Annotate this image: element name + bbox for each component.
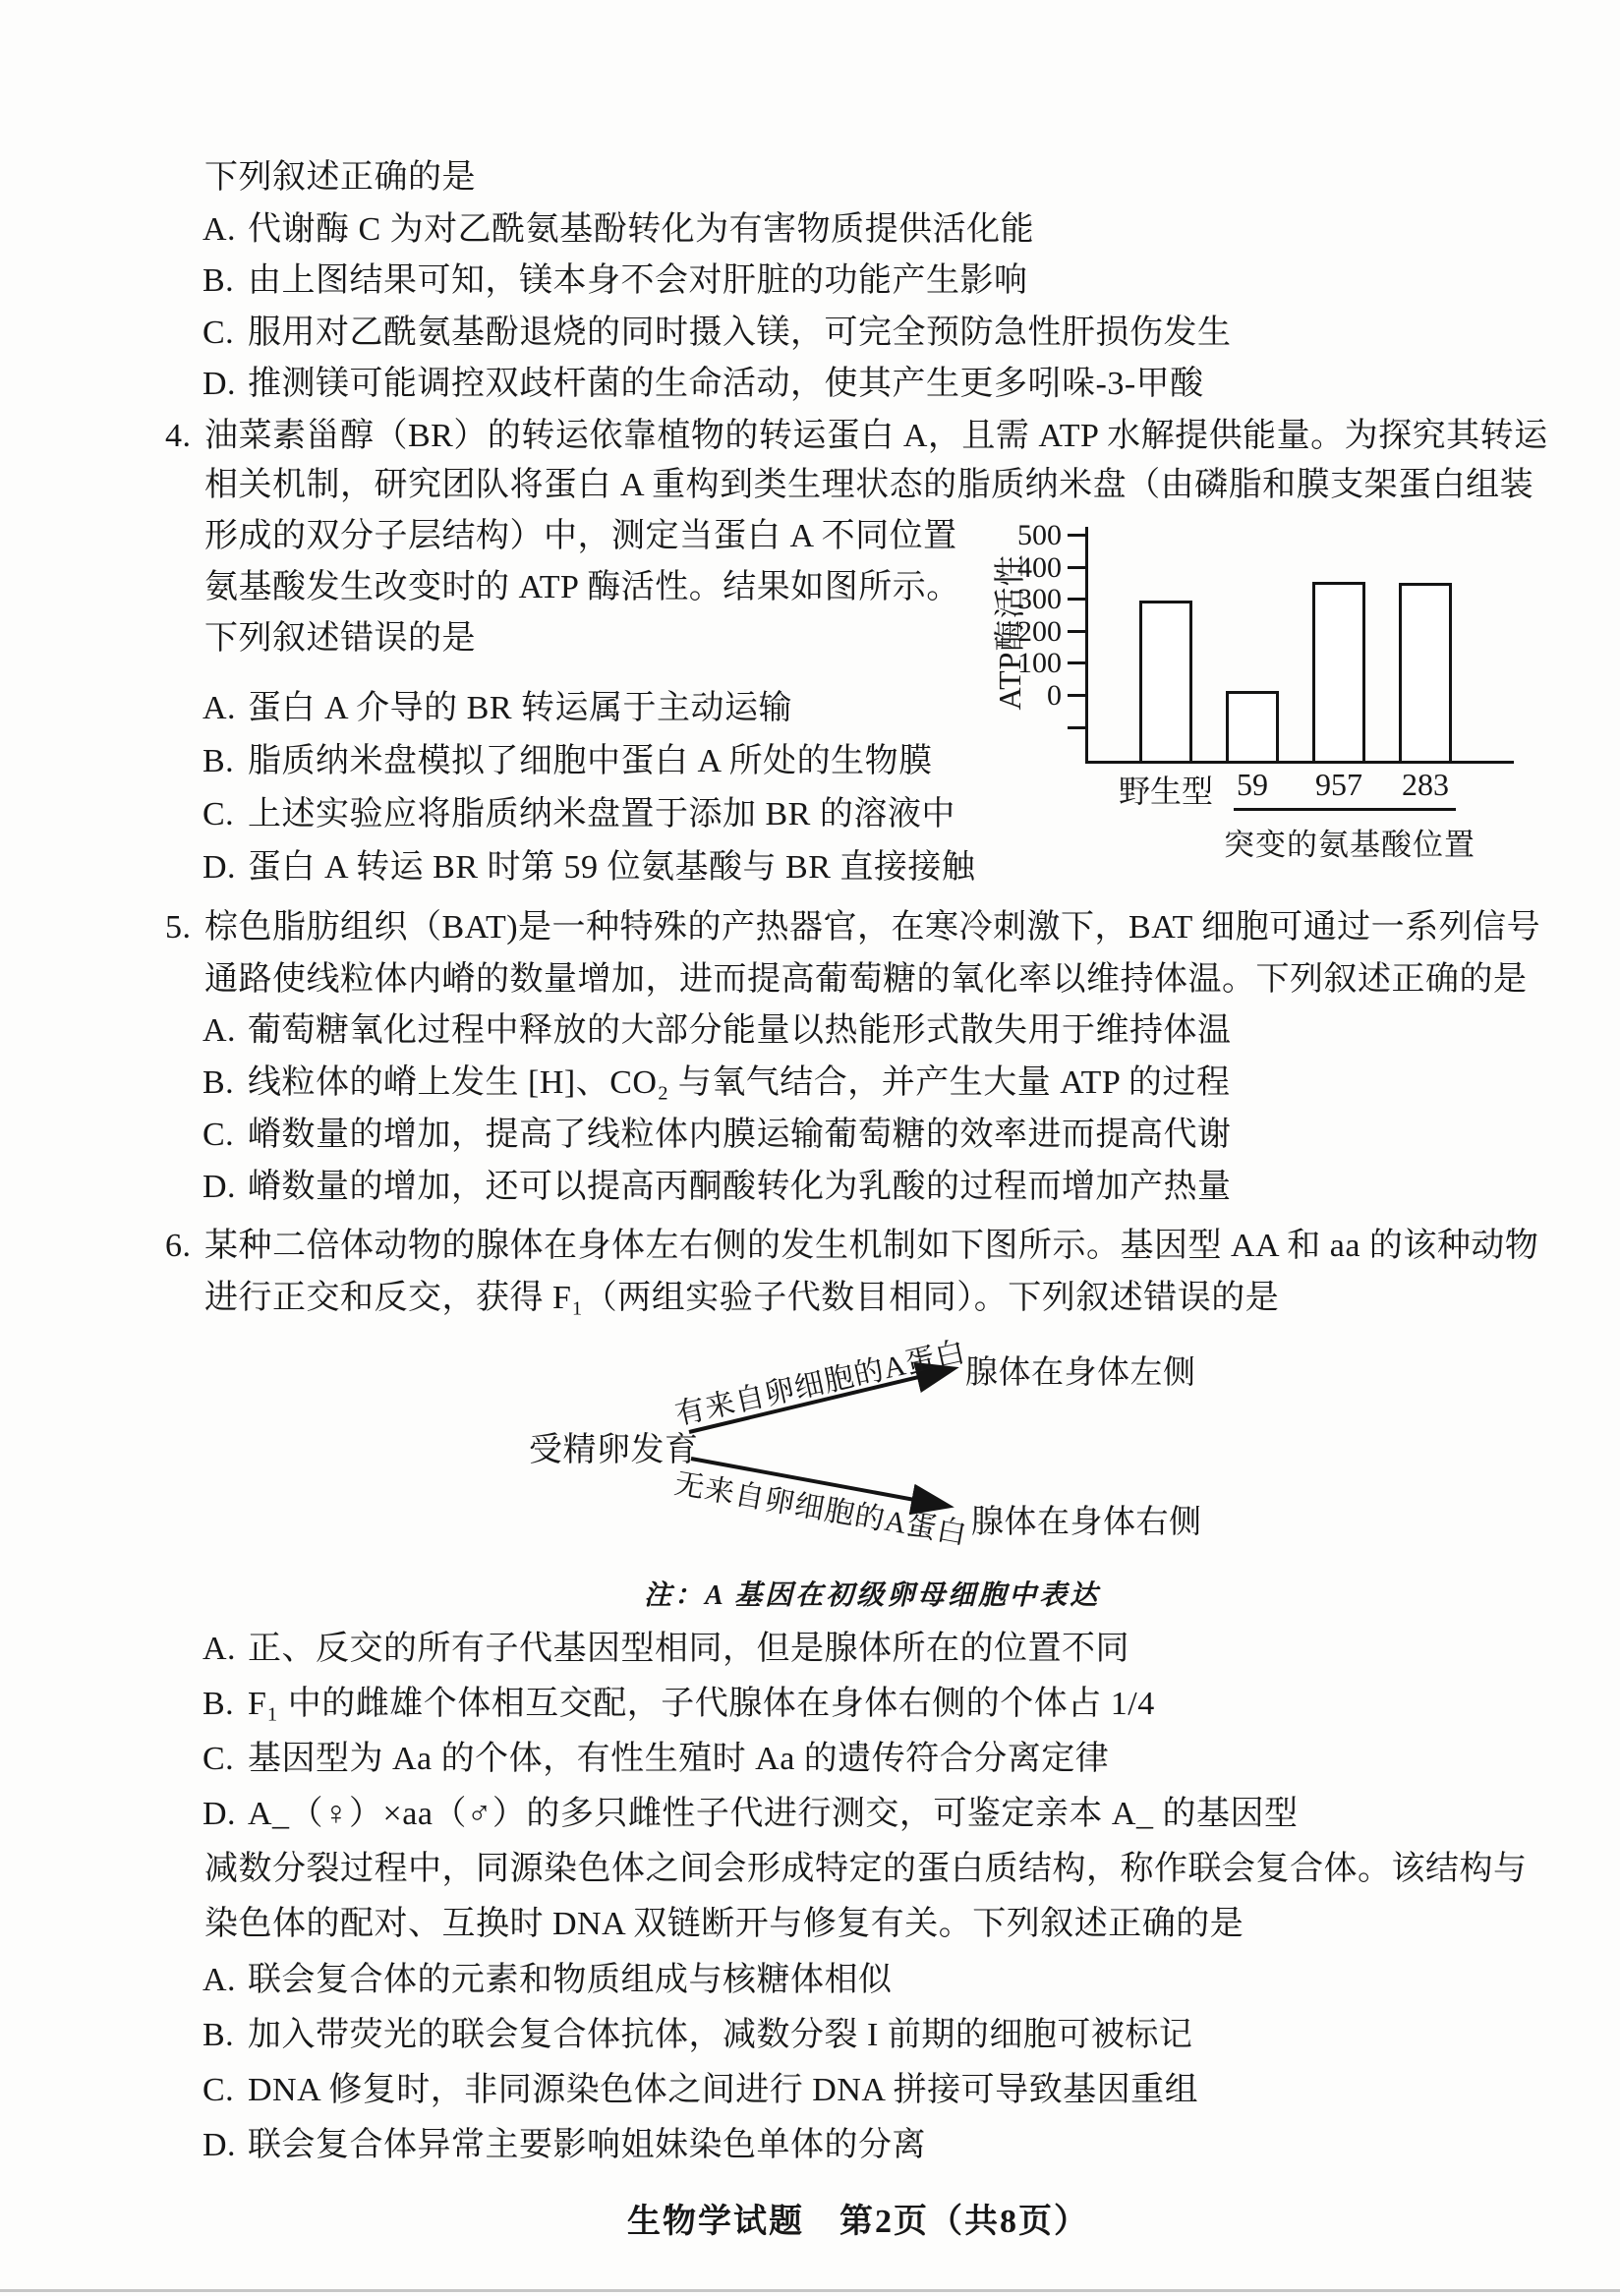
q7-option-d: D.联会复合体异常主要影响姐妹染色单体的分离 (202, 2126, 926, 2166)
q3-option-a: A.代谢酶 C 为对乙酰氨基酚转化为有害物质提供活化能 (202, 210, 1034, 251)
q7-option-d-label: D. (202, 2126, 248, 2166)
q5-line-1-text: 棕色脂肪组织（BAT)是一种特殊的产热器官，在寒冷刺激下，BAT 细胞可通过一系… (204, 909, 1540, 946)
q5-option-a: A.葡萄糖氧化过程中释放的大部分能量以热能形式散失用于维持体温 (202, 1011, 1232, 1052)
chart-x-axis-label: 突变的氨基酸位置 (1217, 820, 1482, 864)
q4-line-1: 4.油菜素甾醇（BR）的转运依靠植物的转运蛋白 A，且需 ATP 水解提供能量。… (165, 417, 1548, 457)
y-tick (1068, 694, 1085, 697)
y-tick-label-100: 100 (993, 647, 1062, 680)
q3-option-a-text: 代谢酶 C 为对乙酰氨基酚转化为有害物质提供活化能 (248, 211, 1034, 248)
q5-option-d-text: 嵴数量的增加，还可以提高丙酮酸转化为乳酸的过程而增加产热量 (248, 1169, 1232, 1205)
q5-option-d-label: D. (202, 1168, 248, 1208)
q7-line-2: 染色体的配对、互换时 DNA 双链断开与修复有关。下列叙述正确的是 (204, 1905, 1244, 1945)
q7-option-b: B.加入带荧光的联会复合体抗体，减数分裂 I 前期的细胞可被标记 (202, 2016, 1192, 2056)
q5-line-1: 5.棕色脂肪组织（BAT)是一种特殊的产热器官，在寒冷刺激下，BAT 细胞可通过… (165, 908, 1540, 948)
q7-option-c: C.DNA 修复时，非同源染色体之间进行 DNA 拼接可导致基因重组 (202, 2071, 1198, 2111)
scan-bottom-edge (0, 2289, 1620, 2292)
q4-option-c-label: C. (202, 795, 248, 835)
q5-option-c: C.嵴数量的增加，提高了线粒体内膜运输葡萄糖的效率进而提高代谢 (202, 1116, 1232, 1156)
q7-option-b-label: B. (202, 2016, 248, 2056)
q3-option-b: B.由上图结果可知，镁本身不会对肝脏的功能产生影响 (202, 261, 1028, 302)
q4-option-a-label: A. (202, 689, 248, 729)
q4-option-d: D.蛋白 A 转运 BR 时第 59 位氨基酸与 BR 直接接触 (202, 848, 975, 889)
q3-option-d-text: 推测镁可能调控双歧杆菌的生命活动，使其产生更多吲哚-3-甲酸 (248, 366, 1204, 402)
bar-957 (1312, 582, 1365, 764)
q3-option-b-label: B. (202, 261, 248, 302)
q7-option-a: A.联会复合体的元素和物质组成与核糖体相似 (202, 1961, 893, 2001)
q5-option-a-label: A. (202, 1011, 248, 1052)
y-tick-label-200: 200 (993, 615, 1062, 649)
q4-option-c: C.上述实验应将脂质纳米盘置于添加 BR 的溶液中 (202, 795, 955, 835)
q3-option-c-label: C. (202, 314, 248, 354)
y-tick (1068, 661, 1085, 664)
y-tick-label-400: 400 (993, 551, 1062, 585)
y-tick-label-0: 0 (993, 679, 1062, 713)
q4-line-1-text: 油菜素甾醇（BR）的转运依靠植物的转运蛋白 A，且需 ATP 水解提供能量。为探… (204, 418, 1548, 454)
q4-line-2: 相关机制，研究团队将蛋白 A 重构到类生理状态的脂质纳米盘（由磷脂和膜支架蛋白组… (204, 466, 1533, 506)
q3-option-a-label: A. (202, 210, 248, 251)
q3-option-c: C.服用对乙酰氨基酚退烧的同时摄入镁，可完全预防急性肝损伤发生 (202, 314, 1232, 354)
q7-line-1: 减数分裂过程中，同源染色体之间会形成特定的蛋白质结构，称作联会复合体。该结构与 (204, 1850, 1528, 1890)
q5-option-a-text: 葡萄糖氧化过程中释放的大部分能量以热能形式散失用于维持体温 (248, 1012, 1232, 1049)
chart-y-axis (1085, 527, 1088, 764)
q7-option-d-text: 联会复合体异常主要影响姐妹染色单体的分离 (248, 2127, 926, 2163)
q5-option-b-label: B. (202, 1063, 248, 1104)
q6-line-2: 进行正交和反交，获得 F₁（两组实验子代数目相同）。下列叙述错误的是 (204, 1279, 1279, 1319)
q3-option-c-text: 服用对乙酰氨基酚退烧的同时摄入镁，可完全预防急性肝损伤发生 (248, 315, 1232, 351)
q6-line-1-text: 某种二倍体动物的腺体在身体左右侧的发生机制如下图所示。基因型 AA 和 aa 的… (204, 1228, 1538, 1264)
page-footer: 生物学试题 第2页（共8页） (627, 2203, 1089, 2243)
q6-option-d: D.A_（♀）×aa（♂）的多只雌性子代进行测交，可鉴定亲本 A_ 的基因型 (202, 1795, 1298, 1835)
q6-option-c-text: 基因型为 Aa 的个体，有性生殖时 Aa 的遗传符合分离定律 (248, 1741, 1109, 1777)
q6-option-a-text: 正、反交的所有子代基因型相同，但是腺体所在的位置不同 (248, 1631, 1129, 1667)
q6-option-b-label: B. (202, 1685, 248, 1725)
q4-number: 4. (165, 417, 204, 457)
q7-option-c-text: DNA 修复时，非同源染色体之间进行 DNA 拼接可导致基因重组 (248, 2072, 1198, 2108)
q6-option-c-label: C. (202, 1740, 248, 1780)
q4-option-d-text: 蛋白 A 转运 BR 时第 59 位氨基酸与 BR 直接接触 (248, 849, 975, 886)
q5-line-2: 通路使线粒体内嵴的数量增加，进而提高葡萄糖的氧化率以维持体温。下列叙述正确的是 (204, 960, 1528, 1001)
q4-option-b-label: B. (202, 742, 248, 782)
bar-59 (1226, 691, 1279, 764)
q6-option-d-text: A_（♀）×aa（♂）的多只雌性子代进行测交，可鉴定亲本 A_ 的基因型 (248, 1796, 1298, 1832)
q6-option-b-text: F₁ 中的雌雄个体相互交配，子代腺体在身体右侧的个体占 1/4 (248, 1686, 1155, 1722)
y-tick (1068, 598, 1085, 601)
atpase-activity-bar-chart: ATP酶活性 500 400 300 200 100 0 野生型 59 957 … (983, 511, 1533, 904)
y-tick-label-300: 300 (993, 583, 1062, 616)
q4-line-5: 下列叙述错误的是 (204, 619, 476, 660)
x-cat-283: 283 (1392, 767, 1459, 803)
q5-option-d: D.嵴数量的增加，还可以提高丙酮酸转化为乳酸的过程而增加产热量 (202, 1168, 1232, 1208)
q4-option-a: A.蛋白 A 介导的 BR 转运属于主动运输 (202, 689, 792, 729)
x-cat-wild-type: 野生型 (1117, 767, 1215, 812)
q4-option-c-text: 上述实验应将脂质纳米盘置于添加 BR 的溶液中 (248, 796, 955, 832)
y-tick-label-500: 500 (993, 519, 1062, 552)
q3-option-d-label: D. (202, 365, 248, 405)
q6-line-1: 6.某种二倍体动物的腺体在身体左右侧的发生机制如下图所示。基因型 AA 和 aa… (165, 1227, 1538, 1267)
y-tick (1068, 566, 1085, 569)
q4-line-3: 形成的双分子层结构）中，测定当蛋白 A 不同位置 (204, 517, 957, 557)
q5-option-c-label: C. (202, 1116, 248, 1156)
q5-number: 5. (165, 908, 204, 948)
diagram-result-right: 腺体在身体右侧 (971, 1504, 1202, 1543)
q6-option-a: A.正、反交的所有子代基因型相同，但是腺体所在的位置不同 (202, 1630, 1129, 1670)
q4-option-a-text: 蛋白 A 介导的 BR 转运属于主动运输 (248, 690, 792, 726)
diagram-result-left: 腺体在身体左侧 (965, 1354, 1196, 1394)
q4-option-d-label: D. (202, 848, 248, 889)
q6-option-d-label: D. (202, 1795, 248, 1835)
y-tick (1068, 630, 1085, 633)
q5-option-b: B.线粒体的嵴上发生 [H]、CO₂ 与氧气结合，并产生大量 ATP 的过程 (202, 1063, 1230, 1104)
bar-wild-type (1139, 601, 1192, 764)
q7-option-c-label: C. (202, 2071, 248, 2111)
x-cat-59: 59 (1226, 767, 1279, 803)
q6-option-b: B.F₁ 中的雌雄个体相互交配，子代腺体在身体右侧的个体占 1/4 (202, 1685, 1155, 1725)
q7-option-b-text: 加入带荧光的联会复合体抗体，减数分裂 I 前期的细胞可被标记 (248, 2017, 1192, 2053)
q6-option-c: C.基因型为 Aa 的个体，有性生殖时 Aa 的遗传符合分离定律 (202, 1740, 1109, 1780)
q3-stem-tail: 下列叙述正确的是 (204, 158, 476, 199)
q4-line-4: 氨基酸发生改变时的 ATP 酶活性。结果如图所示。 (204, 568, 960, 608)
q7-option-a-text: 联会复合体的元素和物质组成与核糖体相似 (248, 1962, 893, 1998)
q3-option-b-text: 由上图结果可知，镁本身不会对肝脏的功能产生影响 (248, 262, 1028, 299)
q6-number: 6. (165, 1227, 204, 1267)
q6-option-a-label: A. (202, 1630, 248, 1670)
diagram-note: 注：A 基因在初级卵母细胞中表达 (644, 1579, 1100, 1613)
q4-option-b-text: 脂质纳米盘模拟了细胞中蛋白 A 所处的生物膜 (248, 743, 933, 779)
q7-option-a-label: A. (202, 1961, 248, 2001)
q3-option-d: D.推测镁可能调控双歧杆菌的生命活动，使其产生更多吲哚-3-甲酸 (202, 365, 1204, 405)
x-cat-957: 957 (1305, 767, 1372, 803)
y-tick (1068, 534, 1085, 537)
q5-option-c-text: 嵴数量的增加，提高了线粒体内膜运输葡萄糖的效率进而提高代谢 (248, 1117, 1232, 1153)
q4-option-b: B.脂质纳米盘模拟了细胞中蛋白 A 所处的生物膜 (202, 742, 933, 782)
exam-page: 下列叙述正确的是 A.代谢酶 C 为对乙酰氨基酚转化为有害物质提供活化能 B.由… (0, 0, 1620, 2296)
mutant-group-underline (1234, 808, 1456, 811)
q5-option-b-text: 线粒体的嵴上发生 [H]、CO₂ 与氧气结合，并产生大量 ATP 的过程 (248, 1064, 1230, 1101)
y-tick (1068, 726, 1085, 729)
bar-283 (1399, 583, 1452, 764)
